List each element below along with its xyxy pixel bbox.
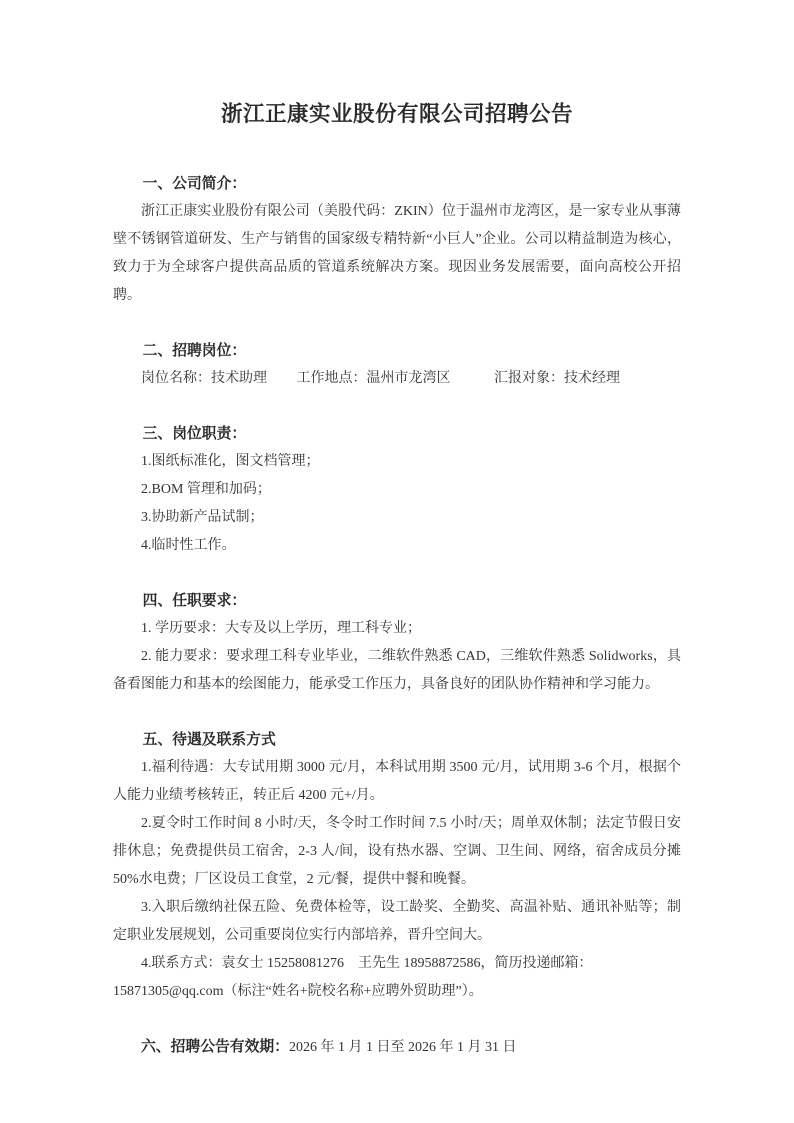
benefit-item-insurance: 3.入职后缴纳社保五险、免费体检等，设工龄奖、全勤奖、高温补贴、通讯补贴等；制定…	[113, 894, 681, 950]
report-to-field: 汇报对象：技术经理	[494, 371, 620, 386]
job-duties-heading: 三、岗位职责：	[113, 420, 681, 448]
duty-item-1: 1.图纸标准化，图文档管理；	[113, 448, 681, 476]
recruit-position-heading: 二、招聘岗位：	[113, 337, 681, 365]
benefit-item-hours-dorm: 2.夏令时工作时间 8 小时/天，冬令时工作时间 7.5 小时/天；周单双休制；…	[113, 810, 681, 894]
validity-period-heading: 六、招聘公告有效期：	[141, 1039, 289, 1055]
duty-item-4: 4.临时性工作。	[113, 532, 681, 560]
benefit-item-salary: 1.福利待遇：大专试用期 3000 元/月，本科试用期 3500 元/月，试用期…	[113, 754, 681, 810]
section-company-intro: 一、公司简介： 浙江正康实业股份有限公司（美股代码：ZKIN）位于温州市龙湾区，…	[113, 170, 681, 310]
section-validity-period: 六、招聘公告有效期：2026 年 1 月 1 日至 2026 年 1 月 31 …	[113, 1033, 681, 1062]
duty-item-2: 2.BOM 管理和加码；	[113, 476, 681, 504]
company-intro-heading: 一、公司简介：	[113, 170, 681, 198]
contact-info-line: 4.联系方式：袁女士 15258081276 王先生 18958872586，简…	[113, 950, 681, 1006]
requirement-item-1: 1. 学历要求：大专及以上学历，理工科专业；	[113, 615, 681, 643]
requirement-item-2: 2. 能力要求：要求理工科专业毕业，二维软件熟悉 CAD，三维软件熟悉 Soli…	[113, 643, 681, 699]
document-page: 浙江正康实业股份有限公司招聘公告 一、公司简介： 浙江正康实业股份有限公司（美股…	[0, 0, 794, 1123]
report-to-value: 技术经理	[564, 371, 620, 386]
work-location-field: 工作地点：温州市龙湾区	[297, 371, 451, 386]
work-location-value: 温州市龙湾区	[367, 371, 451, 386]
validity-period-line: 六、招聘公告有效期：2026 年 1 月 1 日至 2026 年 1 月 31 …	[113, 1033, 681, 1062]
position-name-label: 岗位名称：	[141, 371, 211, 386]
duty-item-3: 3.协助新产品试制；	[113, 504, 681, 532]
page-title: 浙江正康实业股份有限公司招聘公告	[113, 97, 681, 131]
section-recruit-position: 二、招聘岗位： 岗位名称：技术助理 工作地点：温州市龙湾区 汇报对象：技术经理	[113, 337, 681, 393]
job-requirements-heading: 四、任职要求：	[113, 587, 681, 615]
validity-period-value: 2026 年 1 月 1 日至 2026 年 1 月 31 日	[289, 1040, 517, 1055]
position-fields-line: 岗位名称：技术助理 工作地点：温州市龙湾区 汇报对象：技术经理	[113, 365, 681, 393]
position-name-value: 技术助理	[211, 371, 267, 386]
company-intro-paragraph: 浙江正康实业股份有限公司（美股代码：ZKIN）位于温州市龙湾区，是一家专业从事薄…	[113, 198, 681, 310]
section-job-duties: 三、岗位职责： 1.图纸标准化，图文档管理； 2.BOM 管理和加码； 3.协助…	[113, 420, 681, 560]
section-job-requirements: 四、任职要求： 1. 学历要求：大专及以上学历，理工科专业； 2. 能力要求：要…	[113, 587, 681, 699]
position-name-field: 岗位名称：技术助理	[141, 371, 267, 386]
work-location-label: 工作地点：	[297, 371, 367, 386]
section-benefits-contact: 五、待遇及联系方式 1.福利待遇：大专试用期 3000 元/月，本科试用期 35…	[113, 726, 681, 1006]
benefits-contact-heading: 五、待遇及联系方式	[113, 726, 681, 754]
report-to-label: 汇报对象：	[494, 371, 564, 386]
